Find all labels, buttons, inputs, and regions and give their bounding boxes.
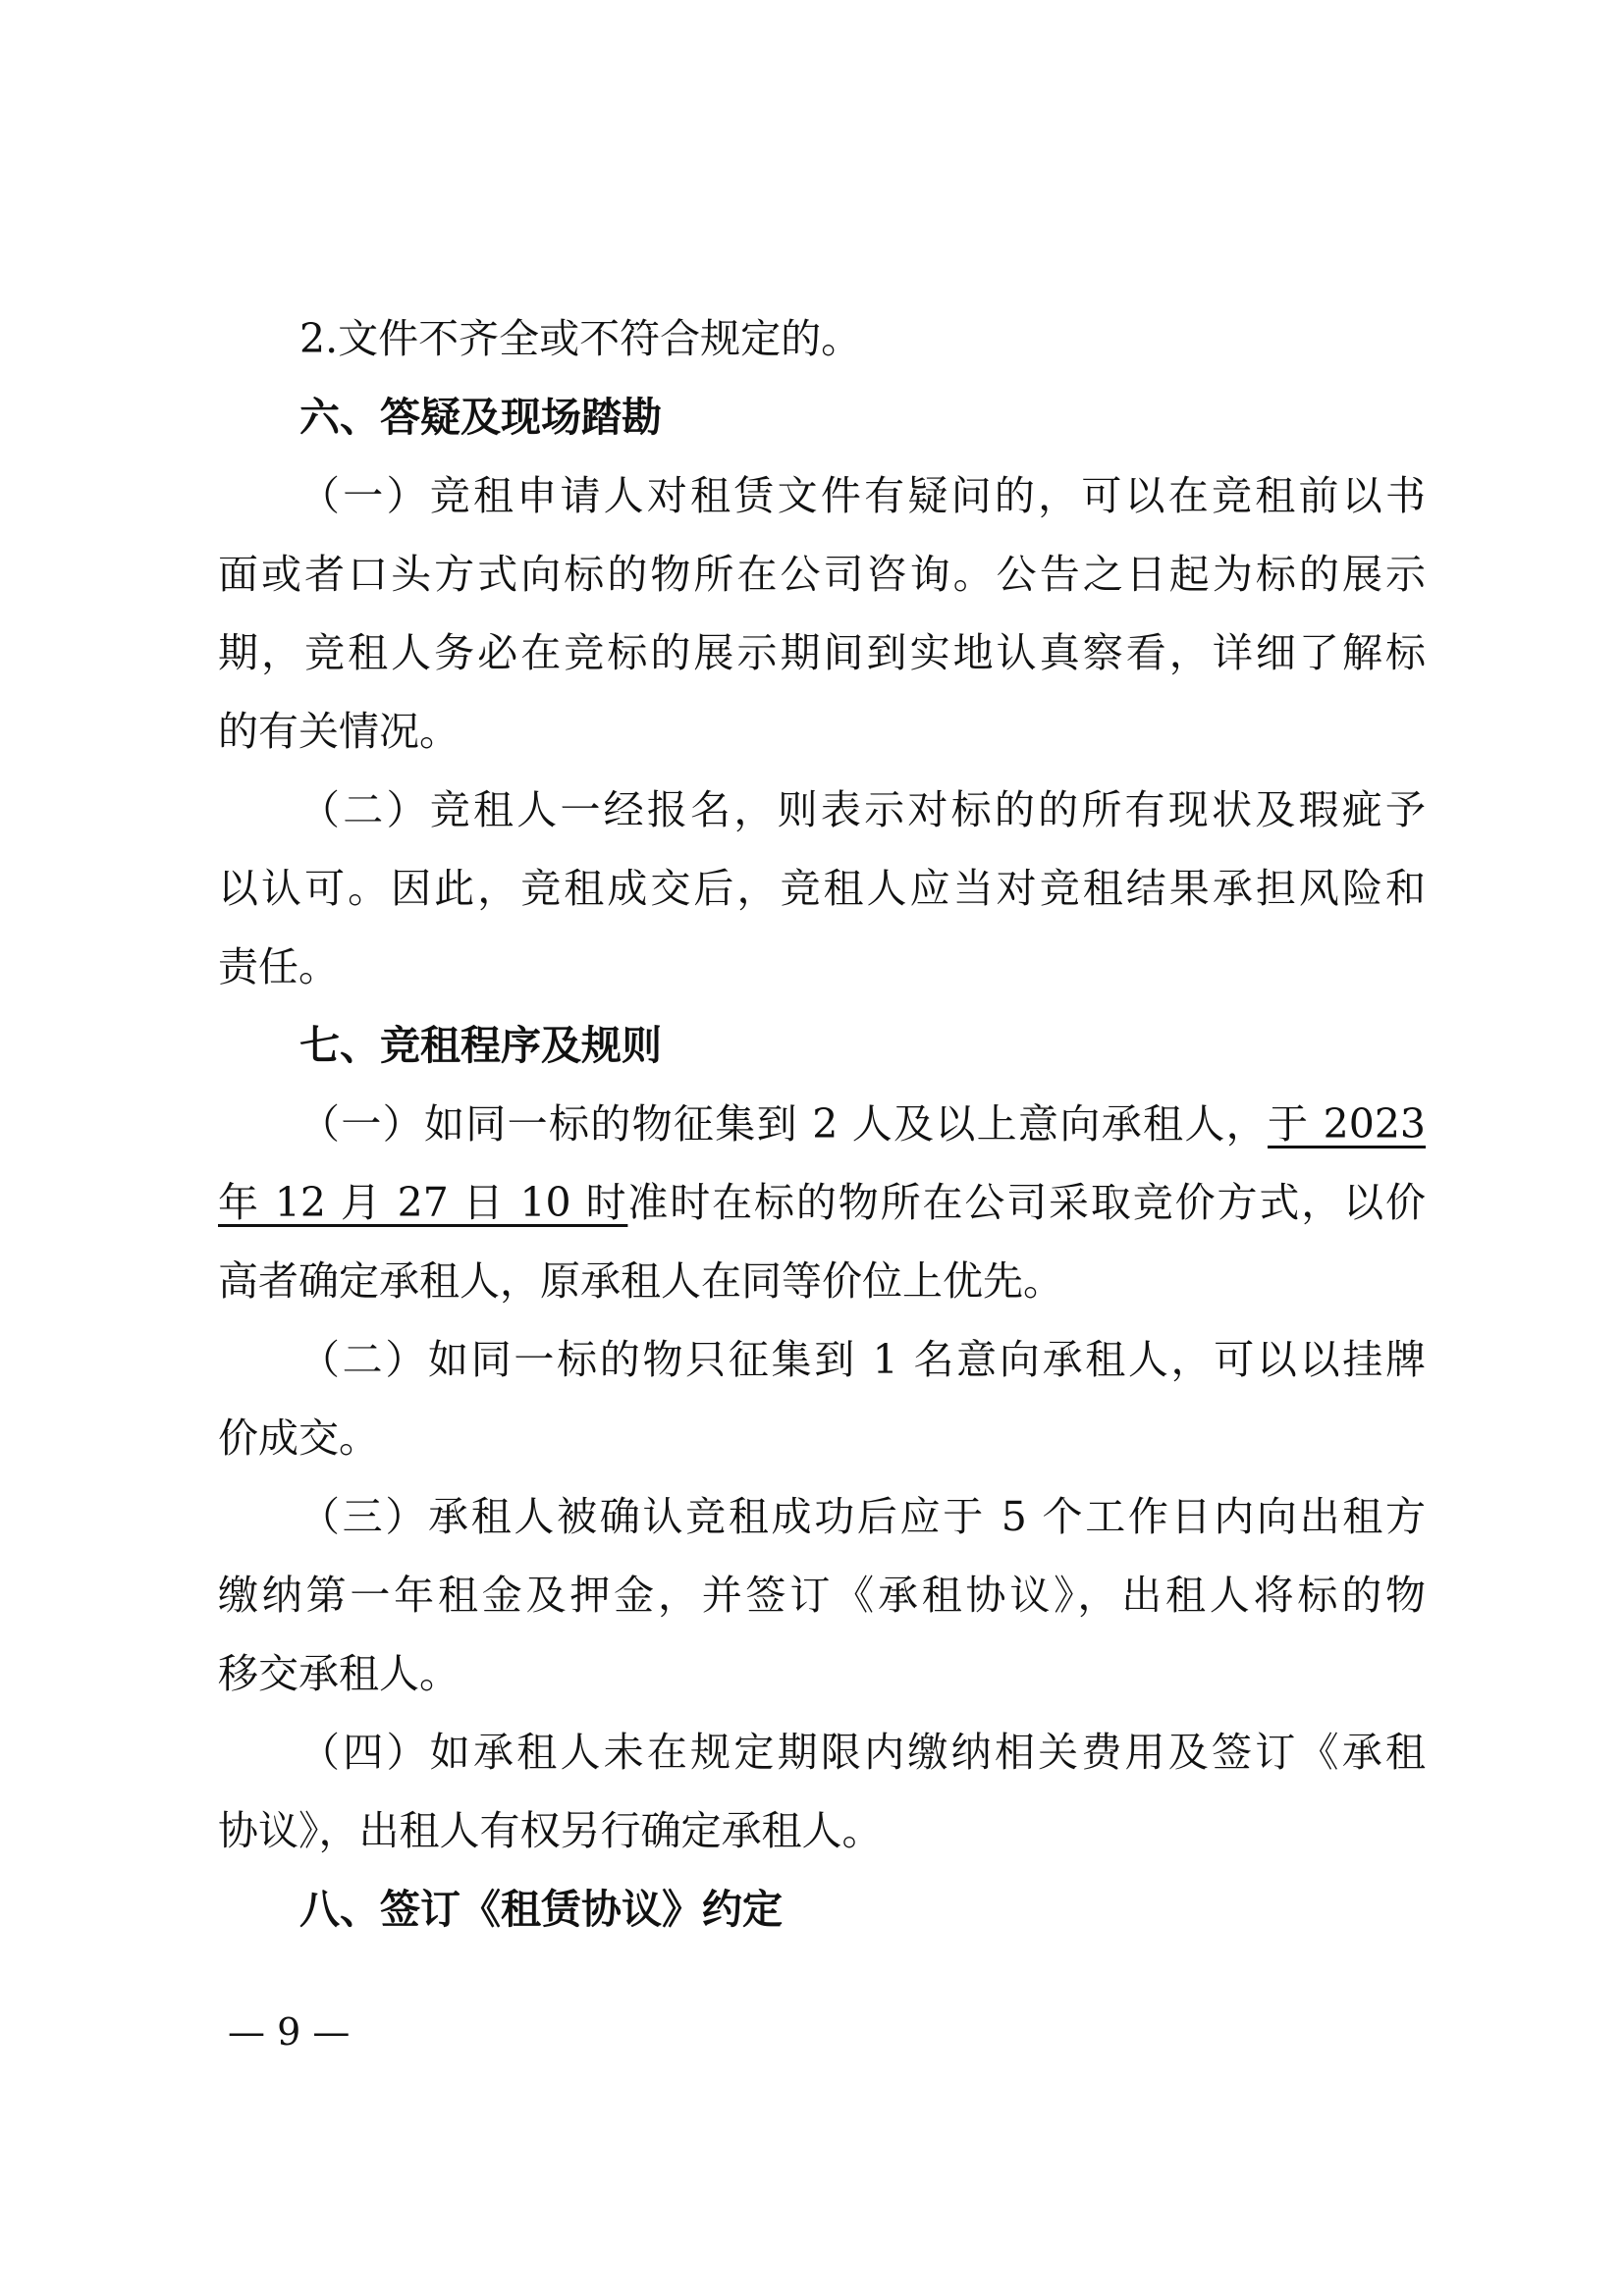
paragraph-line: 缴纳第一年租金及押金，并签订《承租协议》，出租人将标的物 bbox=[218, 1556, 1426, 1634]
paragraph-line: 协议》，出租人有权另行确定承租人。 bbox=[218, 1791, 1426, 1870]
section-heading-7: 七、竞租程序及规则 bbox=[299, 1006, 662, 1085]
paragraph-line: （四）如承租人未在规定期限内缴纳相关费用及签订《承租 bbox=[299, 1713, 1426, 1791]
paragraph-line: （二）竞租人一经报名，则表示对标的的所有现状及瑕疵予 bbox=[299, 771, 1426, 849]
paragraph-line: 价成交。 bbox=[218, 1399, 1426, 1477]
paragraph-line: 年 12 月 27 日 10 时准时在标的物所在公司采取竞价方式，以价 bbox=[218, 1163, 1426, 1242]
paragraph-line: 面或者口头方式向标的物所在公司咨询。公告之日起为标的展示 bbox=[218, 535, 1426, 614]
paragraph-line: （三）承租人被确认竞租成功后应于 5 个工作日内向出租方 bbox=[299, 1477, 1426, 1556]
underlined-date: 年 12 月 27 日 10 时 bbox=[218, 1179, 627, 1226]
text-segment: 准时在标的物所在公司采取竞价方式，以价 bbox=[627, 1179, 1426, 1226]
paragraph-line: 责任。 bbox=[218, 928, 1426, 1006]
paragraph-line: 的有关情况。 bbox=[218, 692, 1426, 771]
underlined-date: 于 2023 bbox=[1268, 1100, 1426, 1148]
page-number: — 9 — bbox=[228, 2002, 350, 2061]
paragraph-line: 期，竞租人务必在竞标的展示期间到实地认真察看，详细了解标 bbox=[218, 614, 1426, 692]
paragraph-line: 以认可。因此，竞租成交后，竞租人应当对竞租结果承担风险和 bbox=[218, 849, 1426, 928]
section-heading-8: 八、签订《租赁协议》约定 bbox=[299, 1870, 783, 1949]
list-item-2: 2.文件不齐全或不符合规定的。 bbox=[299, 299, 861, 378]
text-segment: （一）如同一标的物征集到 2 人及以上意向承租人， bbox=[299, 1100, 1268, 1148]
section-heading-6: 六、答疑及现场踏勘 bbox=[299, 378, 662, 456]
paragraph-line: 高者确定承租人，原承租人在同等价位上优先。 bbox=[218, 1242, 1426, 1320]
paragraph-line: （一）竞租申请人对租赁文件有疑问的，可以在竞租前以书 bbox=[299, 456, 1426, 535]
document-page: 2.文件不齐全或不符合规定的。 六、答疑及现场踏勘 （一）竞租申请人对租赁文件有… bbox=[0, 0, 1624, 2296]
paragraph-line: （二）如同一标的物只征集到 1 名意向承租人，可以以挂牌 bbox=[299, 1320, 1426, 1399]
paragraph-line: （一）如同一标的物征集到 2 人及以上意向承租人，于 2023 bbox=[299, 1085, 1426, 1163]
paragraph-line: 移交承租人。 bbox=[218, 1634, 1426, 1713]
